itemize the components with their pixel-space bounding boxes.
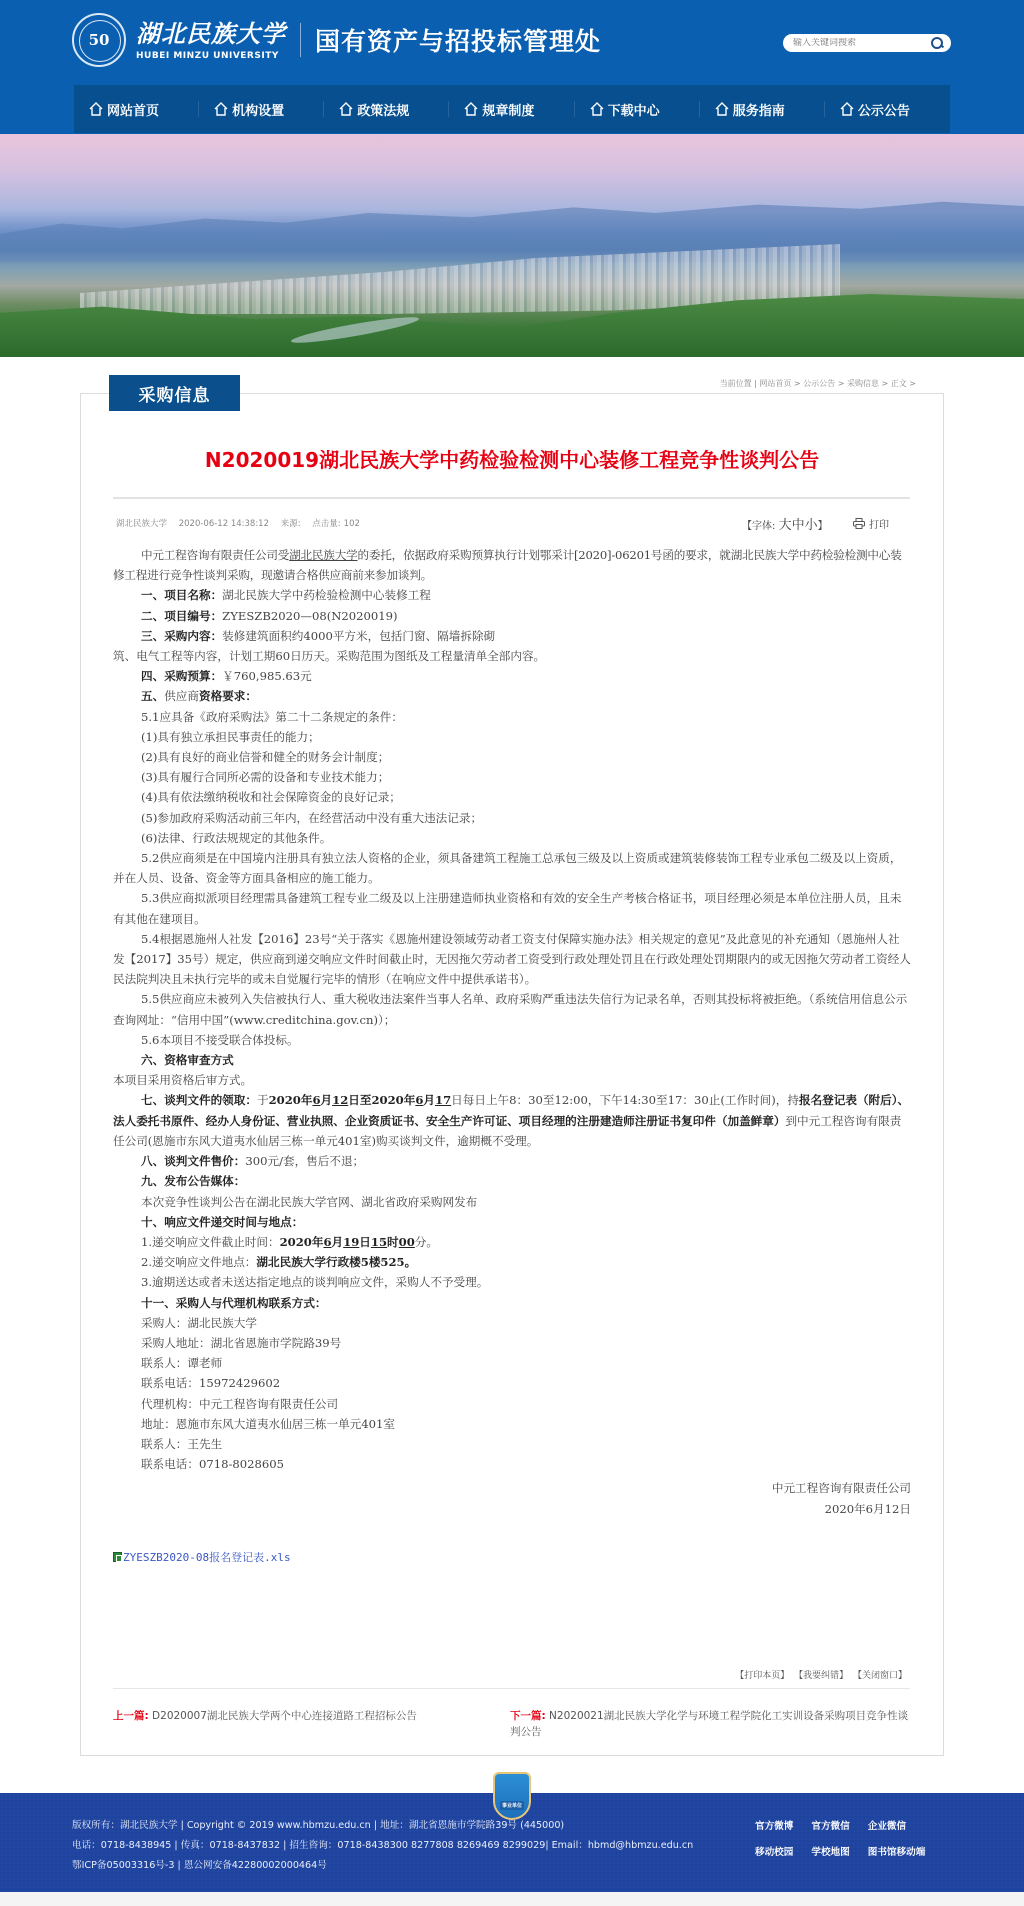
item-5-1-sub: (3)具有履行合同所必需的设备和专业技术能力； xyxy=(113,767,911,787)
item-11-heading: 十一、采购人与代理机构联系方式： xyxy=(113,1293,911,1313)
item-10-1: 1.递交响应文件截止时间：2020年6月19日15时00分。 xyxy=(113,1232,911,1252)
university-name: 湖北民族大学 HUBEI MINZU UNIVERSITY xyxy=(136,19,286,61)
item-5-3: 5.3供应商拟派项目经理需具备建筑工程专业二级及以上注册建造师执业资格和有效的安… xyxy=(113,888,911,928)
item-2: 二、项目编号：ZYESZB2020—08(N2020019) xyxy=(113,606,911,626)
breadcrumb: 当前位置 | 网站首页 > 公示公告 > 采购信息 > 正文 > xyxy=(720,378,916,389)
item-3: 三、采购内容：装修建筑面积约4000平方米，包括门窗、隔墙拆除砌 xyxy=(113,626,911,646)
font-size-small[interactable]: 小 xyxy=(805,518,818,533)
meta-org: 湖北民族大学 xyxy=(116,519,167,529)
font-size-large[interactable]: 大 xyxy=(779,518,792,533)
nav-item-label: 机构设置 xyxy=(232,100,284,119)
logo-divider xyxy=(300,23,301,57)
next-article-link[interactable]: N2020021湖北民族大学化学与环境工程学院化工实训设备采购项目竞争性谈判公告 xyxy=(510,1710,908,1738)
excel-file-icon xyxy=(113,1552,122,1562)
contact-line: 联系人：谭老师 xyxy=(113,1353,911,1373)
nav-item-policies[interactable]: 政策法规 xyxy=(324,85,449,133)
breadcrumb-procurement[interactable]: 采购信息 xyxy=(847,379,879,388)
house-icon xyxy=(338,101,354,117)
footer-link-library-mobile[interactable]: 图书馆移动端 xyxy=(868,1844,926,1858)
contact-line: 地址：恩施市东风大道夷水仙居三栋一单元401室 xyxy=(113,1414,911,1434)
print-page-link[interactable]: 【打印本页】 xyxy=(735,1671,789,1681)
actions-divider xyxy=(113,1688,910,1689)
house-icon xyxy=(88,101,104,117)
item-10-3: 3.逾期送达或者未送达指定地点的谈判响应文件，采购人不予受理。 xyxy=(113,1272,911,1292)
item-1: 一、项目名称：湖北民族大学中药检验检测中心装修工程 xyxy=(113,585,911,605)
item-6-heading: 六、资格审查方式 xyxy=(113,1050,911,1070)
nav-item-announcements[interactable]: 公示公告 xyxy=(825,85,950,133)
meta-views: 102 xyxy=(344,519,360,529)
logo[interactable]: 50 湖北民族大学 HUBEI MINZU UNIVERSITY 国有资产与招投… xyxy=(72,12,601,68)
footer-link-enterprise-wechat[interactable]: 企业微信 xyxy=(868,1818,906,1832)
meta-views-label: 点击量: xyxy=(312,519,340,529)
item-9-heading: 九、发布公告媒体： xyxy=(113,1171,911,1191)
meta-source-label: 来源: xyxy=(281,519,301,529)
item-6-value: 本项目采用资格后审方式。 xyxy=(113,1070,911,1090)
house-icon xyxy=(463,101,479,117)
breadcrumb-body[interactable]: 正文 xyxy=(891,379,907,388)
footer-links: 官方微博 官方微信 企业微信 移动校园 学校地图 图书馆移动端 xyxy=(755,1818,943,1870)
breadcrumb-home[interactable]: 网站首页 xyxy=(759,379,791,388)
item-9-value: 本次竞争性谈判公告在湖北民族大学官网、湖北省政府采购网发布 xyxy=(113,1192,911,1212)
article-body: 中元工程咨询有限责任公司受湖北民族大学的委托，依据政府采购预算执行计划鄂采计[2… xyxy=(113,545,911,1519)
article-meta: 湖北民族大学 2020-06-12 14:38:12 来源: 点击量:102 xyxy=(116,517,369,529)
footer-contact: 电话：0718-8438945 | 传真：0718-8437832 | 招生咨询… xyxy=(72,1836,693,1856)
nav-item-organization[interactable]: 机构设置 xyxy=(199,85,324,133)
nav-item-label: 下载中心 xyxy=(608,100,660,119)
section-tab: 采购信息 xyxy=(109,375,240,411)
item-5-4: 5.4根据恩施州人社发【2016】23号“关于落实《恩施州建设领域劳动者工资支付… xyxy=(113,929,911,990)
item-10-2: 2.递交响应文件地点：湖北民族大学行政楼5楼525。 xyxy=(113,1252,911,1272)
house-icon xyxy=(839,101,855,117)
footer-link-weibo[interactable]: 官方微博 xyxy=(755,1818,793,1832)
contact-line: 采购人：湖北民族大学 xyxy=(113,1313,911,1333)
item-5-5: 5.5供应商应未被列入失信被执行人、重大税收违法案件当事人名单、政府采购严重违法… xyxy=(113,989,911,1029)
house-icon xyxy=(213,101,229,117)
signature-org: 中元工程咨询有限责任公司 xyxy=(113,1478,911,1498)
item-5-1-sub: (6)法律、行政法规规定的其他条件。 xyxy=(113,828,911,848)
house-icon xyxy=(589,101,605,117)
title-divider xyxy=(113,497,910,499)
item-5-2: 5.2供应商须是在中国境内注册具有独立法人资格的企业，须具备建筑工程施工总承包三… xyxy=(113,848,911,888)
item-5-1-sub: (1)具有独立承担民事责任的能力； xyxy=(113,727,911,747)
contact-line: 联系人：王先生 xyxy=(113,1434,911,1454)
university-seal-icon: 50 xyxy=(72,13,126,67)
footer-icp: 鄂ICP备05003316号-3 | 恩公网安备42280002000464号 xyxy=(72,1856,693,1876)
item-5-6: 5.6本项目不接受联合体投标。 xyxy=(113,1030,911,1050)
signature-date: 2020年6月12日 xyxy=(113,1499,911,1519)
page-actions: 【打印本页】 【我要纠错】 【关闭窗口】 xyxy=(733,1668,907,1681)
item-5-1-sub: (5)参加政府采购活动前三年内，在经营活动中没有重大违法记录； xyxy=(113,808,911,828)
footer-bottom-strip xyxy=(0,1892,1024,1906)
print-button[interactable]: 打印 xyxy=(853,516,889,531)
nav-item-label: 公示公告 xyxy=(858,100,910,119)
attachment-link[interactable]: ZYESZB2020-08报名登记表.xls xyxy=(113,1549,291,1565)
university-name-en: HUBEI MINZU UNIVERSITY xyxy=(136,51,286,61)
house-icon xyxy=(714,101,730,117)
nav-item-label: 网站首页 xyxy=(107,100,159,119)
search-icon[interactable] xyxy=(929,36,945,50)
item-10-heading: 十、响应文件递交时间与地点： xyxy=(113,1212,911,1232)
contact-line: 联系电话：0718-8028605 xyxy=(113,1454,911,1474)
site-header: 50 湖北民族大学 HUBEI MINZU UNIVERSITY 国有资产与招投… xyxy=(0,0,1024,134)
department-name: 国有资产与招投标管理处 xyxy=(315,22,601,58)
breadcrumb-announcements[interactable]: 公示公告 xyxy=(803,379,835,388)
item-8: 八、谈判文件售价：300元/套，售后不退； xyxy=(113,1151,911,1171)
item-5-1-sub: (2)具有良好的商业信誉和健全的财务会计制度； xyxy=(113,747,911,767)
public-institution-badge-icon[interactable]: 事业单位 xyxy=(493,1772,531,1820)
item-3-continued: 筑、电气工程等内容，计划工期60日历天。采购范围为图纸及工程量清单全部内容。 xyxy=(113,646,911,666)
item-7: 七、谈判文件的领取：于2020年6月12日至2020年6月17日每日上午8：30… xyxy=(113,1090,911,1151)
meta-datetime: 2020-06-12 14:38:12 xyxy=(179,519,269,529)
footer-copyright: 版权所有：湖北民族大学 | Copyright © 2019 www.hbmzu… xyxy=(72,1816,693,1836)
prev-article: 上一篇: D2020007湖北民族大学两个中心连接道路工程招标公告 xyxy=(113,1708,503,1724)
item-4: 四、采购预算：￥760,985.63元 xyxy=(113,666,911,686)
university-name-cn: 湖北民族大学 xyxy=(136,19,286,49)
contact-line: 采购人地址：湖北省恩施市学院路39号 xyxy=(113,1333,911,1353)
item-5-1-sub: (4)具有依法缴纳税收和社会保障资金的良好记录； xyxy=(113,787,911,807)
printer-icon xyxy=(853,518,865,529)
breadcrumb-current-label: 当前位置 xyxy=(720,379,752,388)
footer-link-wechat[interactable]: 官方微信 xyxy=(811,1818,849,1832)
nav-item-label: 服务指南 xyxy=(733,100,785,119)
close-window-link[interactable]: 【关闭窗口】 xyxy=(853,1671,907,1681)
intro-paragraph: 中元工程咨询有限责任公司受湖北民族大学的委托，依据政府采购预算执行计划鄂采计[2… xyxy=(113,545,911,585)
article-title: N2020019湖北民族大学中药检验检测中心装修工程竞争性谈判公告 xyxy=(80,444,944,473)
contact-line: 代理机构：中元工程咨询有限责任公司 xyxy=(113,1394,911,1414)
footer-link-campus-map[interactable]: 学校地图 xyxy=(811,1844,849,1858)
nav-item-label: 规章制度 xyxy=(482,100,534,119)
item-5-1: 5.1应具备《政府采购法》第二十二条规定的条件： xyxy=(113,707,911,727)
banner-image xyxy=(0,134,1024,357)
next-article: 下一篇: N2020021湖北民族大学化学与环境工程学院化工实训设备采购项目竞争… xyxy=(510,1708,910,1740)
item-5-heading: 五、供应商资格要求： xyxy=(113,686,911,706)
nav-item-regulations[interactable]: 规章制度 xyxy=(449,85,574,133)
search-box xyxy=(783,34,951,52)
purchaser-link[interactable]: 湖北民族大学 xyxy=(289,548,357,562)
nav-item-label: 政策法规 xyxy=(357,100,409,119)
font-size-medium[interactable]: 中 xyxy=(792,518,805,533)
footer-info: 版权所有：湖北民族大学 | Copyright © 2019 www.hbmzu… xyxy=(72,1816,693,1876)
contact-line: 联系电话：15972429602 xyxy=(113,1373,911,1393)
banner-mountains xyxy=(0,192,1024,262)
main-nav: 网站首页 机构设置 政策法规 规章制度 下载中心 服务指南 公示公告 xyxy=(74,85,950,133)
search-input[interactable] xyxy=(793,38,929,48)
nav-item-downloads[interactable]: 下载中心 xyxy=(575,85,700,133)
font-size-control: 【字体: 大中小】 xyxy=(742,514,828,533)
prev-article-link[interactable]: D2020007湖北民族大学两个中心连接道路工程招标公告 xyxy=(152,1710,417,1722)
nav-item-service-guide[interactable]: 服务指南 xyxy=(700,85,825,133)
footer-link-mobile-campus[interactable]: 移动校园 xyxy=(755,1844,793,1858)
nav-item-home[interactable]: 网站首页 xyxy=(74,85,199,133)
report-error-link[interactable]: 【我要纠错】 xyxy=(794,1671,848,1681)
